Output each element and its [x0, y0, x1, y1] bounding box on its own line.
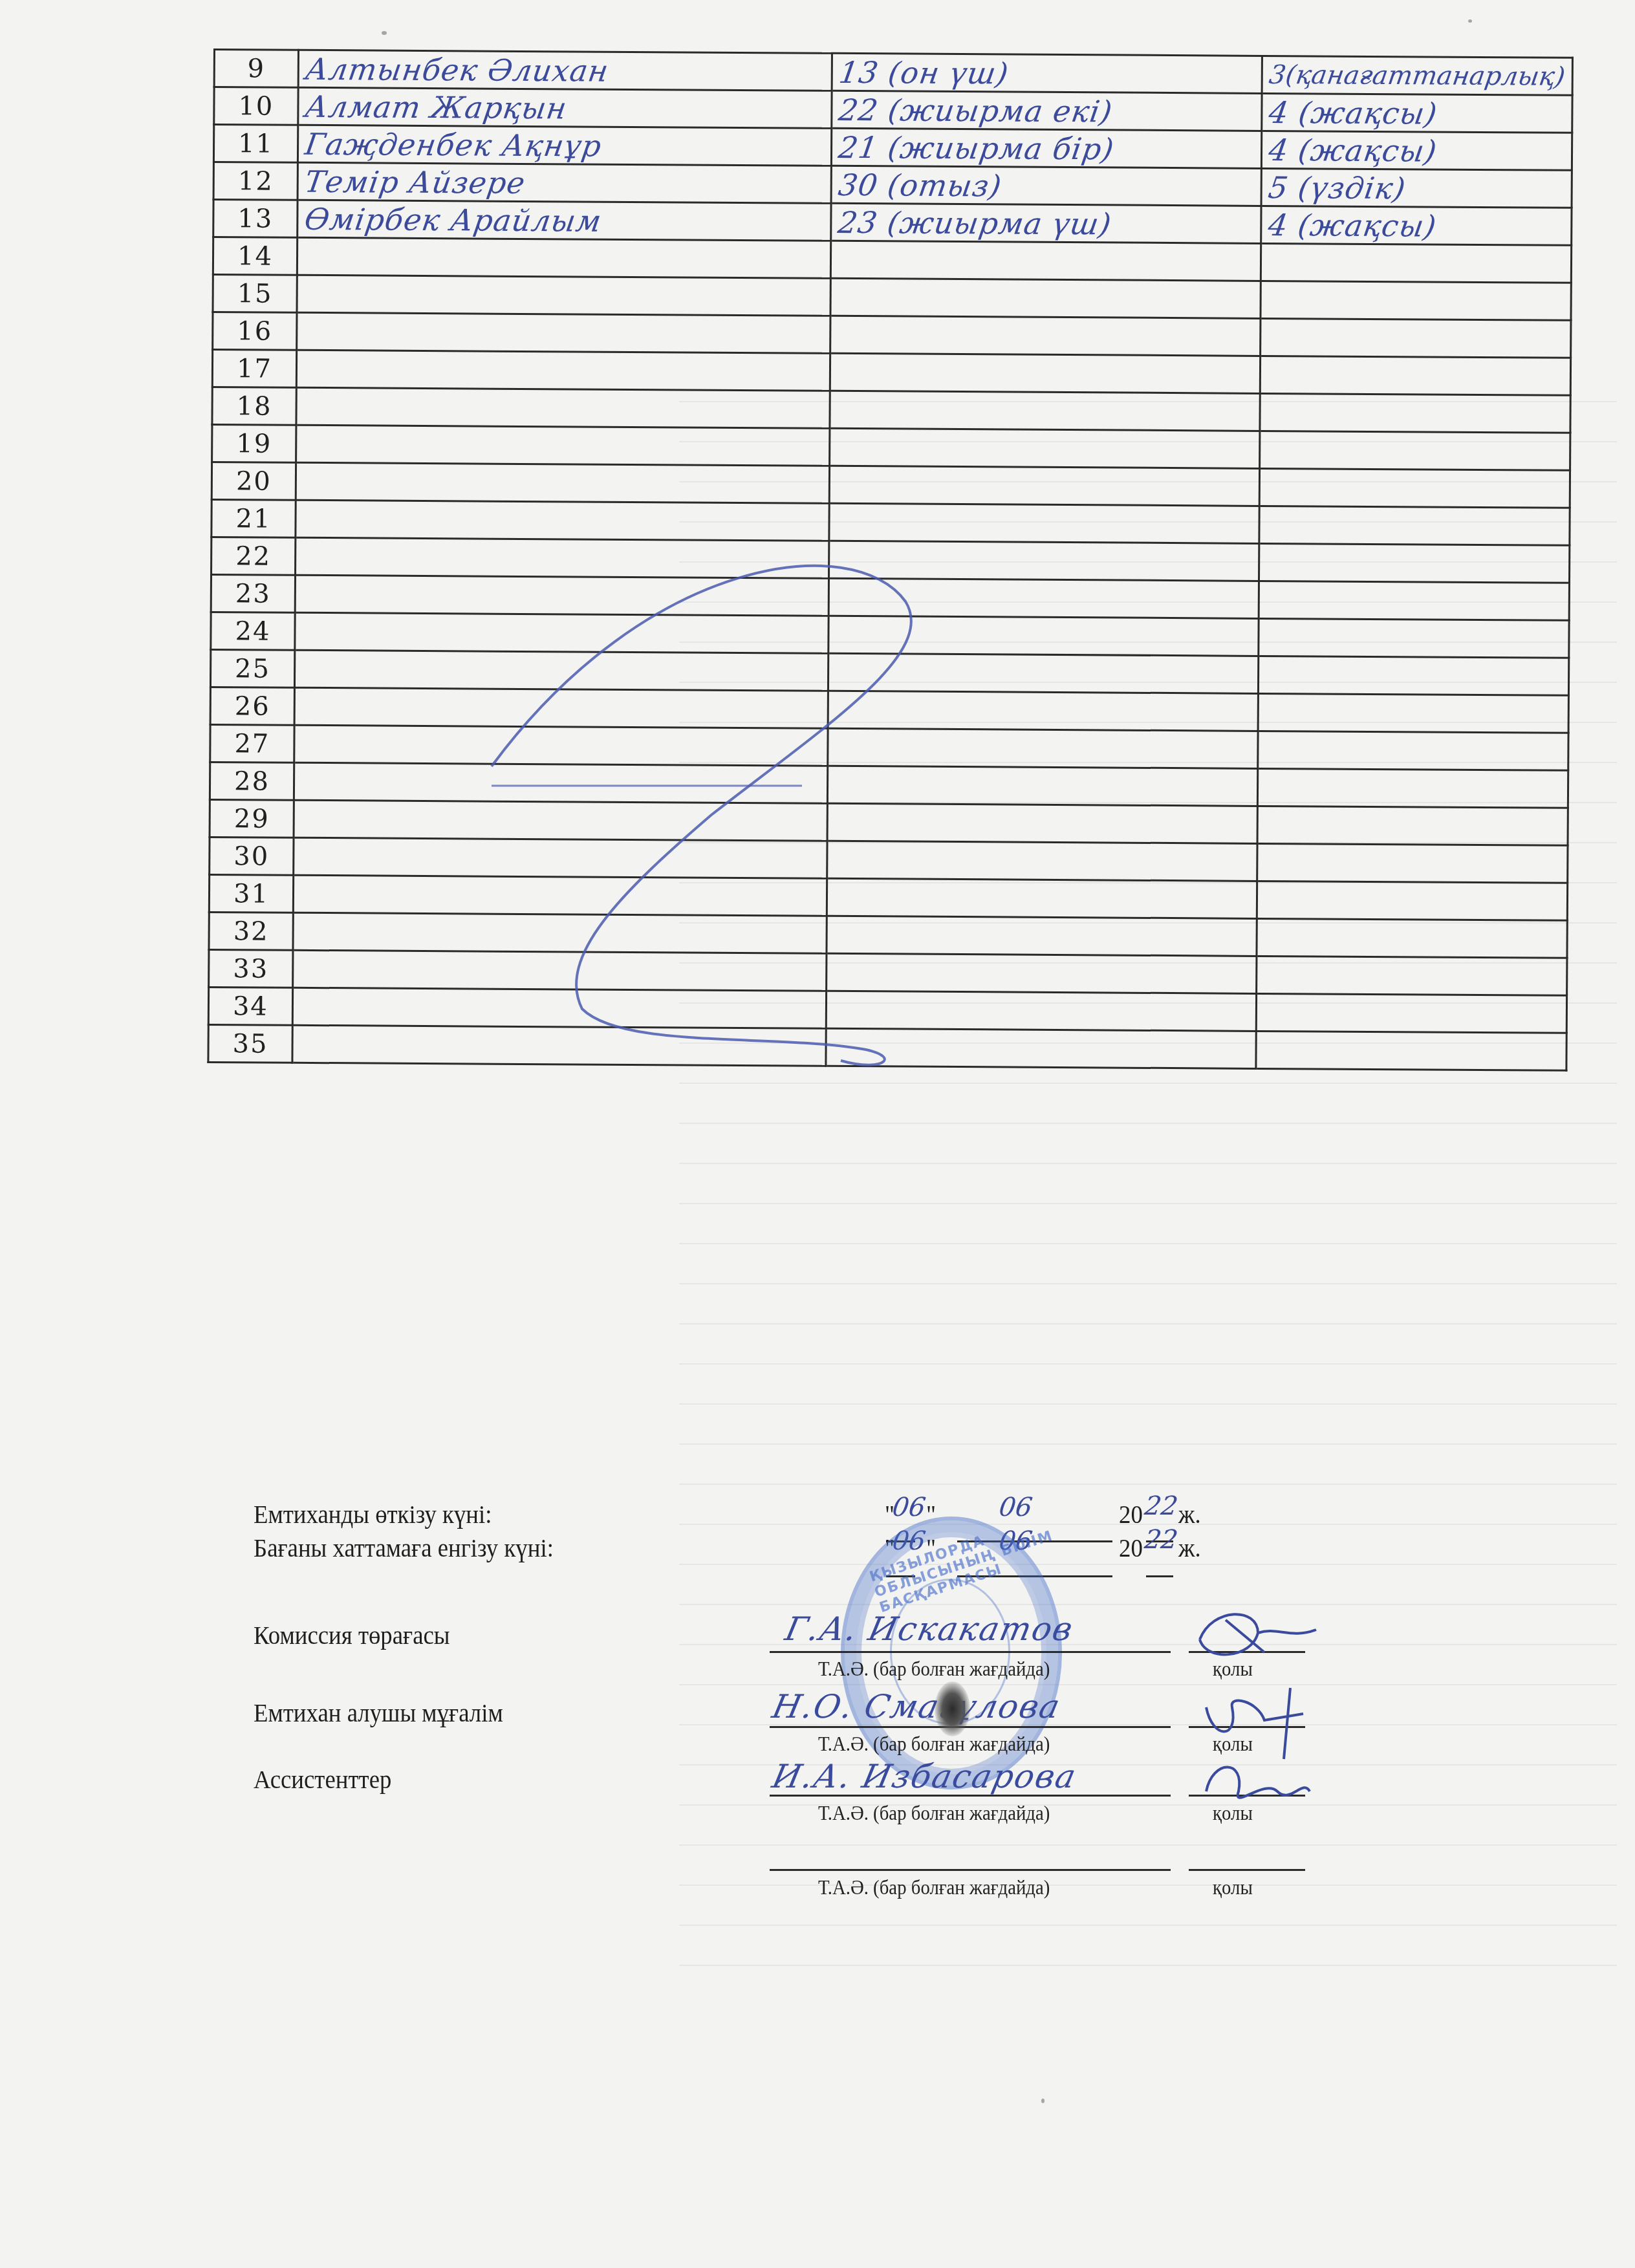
points-cell [830, 353, 1260, 393]
row-number-cell: 29 [210, 799, 294, 837]
assistant2-name-line [770, 1869, 1171, 1871]
chair-name-line [770, 1651, 1171, 1653]
assistant-sign-caption: қолы [1213, 1801, 1253, 1825]
student-name-cell [297, 237, 830, 278]
row-number: 18 [237, 391, 272, 421]
points-cell: 21 (жиырма бір) [831, 128, 1261, 168]
row-number-cell: 17 [212, 350, 296, 388]
row-number: 27 [234, 729, 270, 759]
student-name-cell [295, 612, 828, 653]
student-name-cell [297, 312, 830, 353]
assistant2-sign-line [1189, 1869, 1305, 1871]
grade-cell: 5 (үздік) [1261, 168, 1572, 208]
grades-table: 9Алтынбек Әлихан13 (он үш)3(қанағаттанар… [207, 49, 1574, 1072]
points-cell [828, 691, 1258, 731]
grade: 4 (жақсы) [1266, 94, 1439, 131]
points-cell: 23 (жиырма үш) [831, 203, 1261, 243]
row-number: 35 [233, 1029, 268, 1059]
grade-cell [1261, 281, 1571, 320]
row-number-cell: 23 [211, 574, 295, 612]
grade-cell [1257, 881, 1567, 920]
grade-cell [1257, 956, 1567, 995]
grade-cell [1260, 393, 1570, 433]
row-number: 16 [237, 316, 272, 346]
row-number-cell: 21 [211, 499, 296, 537]
student-name-cell [294, 837, 827, 878]
student-name-cell [294, 687, 828, 728]
assistant-name-handwritten: И.А. Избасарова [769, 1758, 1081, 1795]
row-number-cell: 34 [208, 987, 292, 1025]
row-number: 21 [235, 504, 271, 534]
assistant-name-caption: Т.А.Ә. (бар болған жағдайда) [818, 1801, 1050, 1825]
chair-name-handwritten: Г.А. Искакатов [782, 1610, 1077, 1648]
exam-date-label: Емтиханды өткізу күні: [254, 1499, 492, 1529]
teacher-role-label: Емтихан алушы мұғалім [254, 1698, 503, 1728]
grade-cell [1258, 731, 1568, 770]
points-cell [827, 953, 1257, 993]
points-cell [829, 503, 1259, 543]
row-number: 34 [233, 991, 268, 1021]
grade-cell [1258, 693, 1568, 733]
entry-year-suffix: 22 [1143, 1525, 1180, 1555]
points: 22 (жиырма екі) [836, 92, 1114, 129]
points-cell [830, 241, 1261, 281]
row-number-cell: 35 [208, 1024, 292, 1063]
student-name-cell [294, 725, 828, 766]
student-name-cell [297, 275, 830, 316]
row-number: 26 [235, 691, 270, 721]
grade-cell [1257, 768, 1568, 808]
student-name-cell [294, 800, 827, 841]
row-number: 14 [237, 241, 273, 271]
grade: 4 (жақсы) [1266, 132, 1439, 168]
grade-cell [1261, 318, 1571, 358]
row-number: 13 [237, 204, 273, 233]
assistants-role-label: Ассистенттер [254, 1764, 391, 1795]
grade-cell [1256, 993, 1566, 1033]
row-number-cell: 10 [214, 87, 298, 125]
entry-date-label: Бағаны хаттамаға енгізу күні: [254, 1533, 554, 1563]
exam-day: 06 [891, 1493, 927, 1522]
entry-year-prefix: 20 [1119, 1533, 1143, 1563]
grades-table-body: 9Алтынбек Әлихан13 (он үш)3(қанағаттанар… [208, 50, 1573, 1071]
row-number-cell: 33 [209, 949, 293, 988]
row-number: 29 [234, 804, 270, 834]
row-number-cell: 30 [210, 837, 294, 875]
assistant2-sign-caption: қолы [1213, 1875, 1253, 1899]
entry-year-underline [1146, 1575, 1173, 1577]
row-number-cell: 13 [213, 200, 298, 238]
row-number: 31 [233, 879, 269, 909]
row-number: 17 [237, 354, 272, 383]
assistant2-name-caption: Т.А.Ә. (бар болған жағдайда) [818, 1875, 1050, 1899]
teacher-name-line [770, 1726, 1171, 1728]
points-cell [827, 766, 1257, 806]
grade-cell [1259, 618, 1569, 658]
student-name: Алмат Жарқын [303, 89, 569, 125]
student-name-cell [293, 875, 827, 916]
table-row: 35 [208, 1024, 1566, 1070]
student-name: Темір Айзере [303, 164, 528, 200]
ink-smudge [935, 1681, 970, 1736]
row-number-cell: 19 [212, 424, 296, 462]
points-cell [830, 391, 1260, 431]
row-number: 20 [236, 466, 272, 496]
grade-cell [1257, 806, 1568, 845]
student-name-cell [296, 425, 830, 466]
teacher-name-caption: Т.А.Ә. (бар болған жағдайда) [818, 1732, 1050, 1756]
grade-cell: 4 (жақсы) [1261, 131, 1572, 170]
student-name-cell [292, 988, 826, 1028]
points-cell: 22 (жиырма екі) [832, 91, 1262, 131]
student-name-cell: Өмірбек Арайлым [298, 200, 831, 241]
grade-cell [1261, 243, 1571, 283]
points-cell [830, 428, 1260, 468]
row-number-cell: 32 [209, 912, 293, 950]
row-number: 24 [235, 616, 270, 646]
row-number-cell: 26 [210, 687, 294, 725]
grade-cell [1257, 843, 1568, 883]
student-name-cell [293, 913, 827, 953]
grade-cell [1256, 1031, 1566, 1070]
student-name: Гаҗденбек Ақнұр [303, 126, 604, 163]
points-cell [830, 316, 1261, 356]
chair-signature-scribble [1187, 1601, 1329, 1672]
grade-cell: 4 (жақсы) [1262, 93, 1572, 133]
row-number: 15 [237, 279, 273, 308]
row-number: 12 [238, 166, 274, 196]
student-name-cell: Алтынбек Әлихан [298, 50, 832, 91]
grade-cell [1259, 543, 1570, 583]
student-name-cell [292, 1025, 826, 1066]
row-number-cell: 27 [210, 724, 294, 762]
student-name-cell [296, 462, 829, 503]
row-number-cell: 20 [211, 462, 296, 500]
row-number-cell: 16 [213, 312, 297, 351]
row-number: 23 [235, 579, 271, 609]
student-name-cell [294, 650, 828, 691]
row-number: 28 [234, 766, 270, 796]
student-name-cell: Гаҗденбек Ақнұр [298, 125, 831, 166]
student-name-cell [296, 537, 829, 578]
student-name-cell [296, 387, 830, 428]
exam-year-unit: ж. [1178, 1499, 1201, 1529]
row-number-cell: 31 [209, 874, 293, 913]
row-number-cell: 14 [213, 237, 297, 275]
row-number-cell: 25 [210, 649, 294, 687]
row-number: 19 [236, 429, 272, 459]
points-cell [827, 841, 1257, 881]
student-name-cell [295, 575, 828, 616]
row-number: 11 [238, 129, 274, 158]
points-cell [826, 991, 1256, 1031]
chair-sign-caption: қолы [1213, 1657, 1253, 1681]
entry-year-unit: ж. [1178, 1533, 1201, 1563]
row-number: 25 [235, 654, 270, 684]
student-name-cell: Алмат Жарқын [298, 87, 832, 128]
paper-speck [382, 31, 387, 35]
points: 23 (жиырма үш) [836, 204, 1114, 241]
grade-cell [1258, 656, 1568, 695]
grade-cell: 4 (жақсы) [1261, 206, 1572, 245]
exam-year-suffix: 22 [1143, 1491, 1180, 1521]
points-cell [828, 578, 1259, 618]
points-cell [828, 653, 1258, 693]
row-number-cell: 22 [211, 537, 296, 575]
student-name-cell [294, 762, 827, 803]
grade: 5 (үздік) [1266, 169, 1408, 205]
grade-cell [1257, 918, 1567, 958]
student-name-cell [296, 350, 830, 391]
row-number-cell: 12 [213, 162, 298, 200]
student-name-cell [293, 950, 827, 991]
row-number-cell: 15 [213, 275, 297, 313]
chair-role-label: Комиссия төрағасы [254, 1620, 450, 1650]
points: 21 (жиырма бір) [836, 129, 1116, 166]
row-number: 10 [238, 91, 274, 121]
grade: 3(қанағаттанарлық) [1267, 59, 1566, 91]
student-name: Өмірбек Арайлым [302, 201, 604, 238]
student-name-cell [296, 500, 829, 541]
row-number-cell: 11 [213, 125, 298, 163]
points-cell [827, 803, 1257, 843]
grade-cell: 3(қанағаттанарлық) [1262, 56, 1572, 95]
row-number: 33 [233, 954, 268, 984]
points-cell: 30 (отыз) [831, 166, 1261, 206]
grade-cell [1259, 468, 1570, 508]
points-cell: 13 (он үш) [832, 53, 1262, 93]
points-cell [828, 616, 1259, 656]
row-number-cell: 18 [212, 387, 296, 425]
row-number-cell: 24 [211, 612, 295, 650]
grade-cell [1259, 581, 1569, 620]
assistant-name-line [770, 1795, 1171, 1797]
points-cell [826, 1028, 1256, 1068]
chair-name-caption: Т.А.Ә. (бар болған жағдайда) [818, 1657, 1050, 1681]
row-number-cell: 9 [214, 50, 298, 88]
points-cell [827, 916, 1257, 956]
exam-year-prefix: 20 [1119, 1499, 1143, 1529]
student-name-cell: Темір Айзере [298, 162, 831, 203]
row-number: 30 [233, 841, 269, 871]
grade: 4 (жақсы) [1266, 207, 1438, 243]
points-cell [830, 278, 1261, 318]
teacher-name-handwritten: Н.О. Смағұлова [769, 1688, 1065, 1725]
points-cell [827, 878, 1257, 918]
student-name: Алтынбек Әлихан [303, 51, 611, 88]
grade-cell [1260, 356, 1570, 395]
paper-speck [1468, 19, 1472, 23]
points-cell [829, 466, 1259, 506]
row-number: 32 [233, 916, 269, 946]
paper-speck [1041, 2099, 1045, 2103]
row-number: 9 [247, 54, 265, 83]
row-number: 22 [235, 541, 271, 571]
points-cell [829, 541, 1259, 581]
grade-cell [1259, 506, 1570, 545]
points: 13 (он үш) [837, 54, 1011, 91]
row-number-cell: 28 [210, 762, 294, 800]
points-cell [828, 728, 1258, 768]
points: 30 (отыз) [836, 167, 1004, 202]
grade-cell [1260, 431, 1570, 470]
